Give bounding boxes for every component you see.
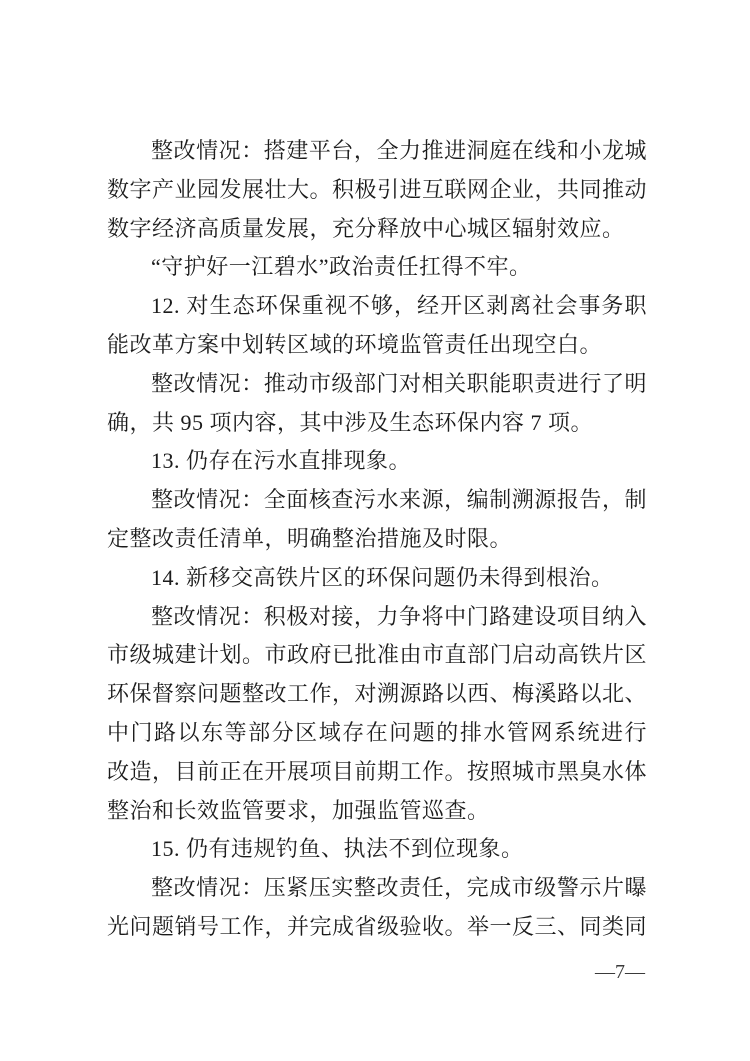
text-line: 光问题销号工作，并完成省级验收。举一反三、同类同 xyxy=(107,908,647,947)
text-line: 整改情况：全面核查污水来源，编制溯源报告，制 xyxy=(107,481,647,520)
paragraph-rectification-digital-economy: 整改情况：搭建平台，全力推进洞庭在线和小龙城 数字产业园发展壮大。积极引进互联网… xyxy=(107,132,647,248)
text-line: 改造，目前正在开展项目前期工作。按照城市黑臭水体 xyxy=(107,753,647,792)
text-line: 15. 仍有违规钓鱼、执法不到位现象。 xyxy=(107,830,647,869)
text-line: 整改情况：搭建平台，全力推进洞庭在线和小龙城 xyxy=(107,132,647,171)
text-line: 整改情况：推动市级部门对相关职能职责进行了明 xyxy=(107,365,647,404)
text-line: 整改情况：压紧压实整改责任，完成市级警示片曝 xyxy=(107,869,647,908)
text-line: 整改情况：积极对接，力争将中门路建设项目纳入 xyxy=(107,598,647,637)
text-line: 环保督察问题整改工作，对溯源路以西、梅溪路以北、 xyxy=(107,675,647,714)
text-line: 中门路以东等部分区域存在问题的排水管网系统进行 xyxy=(107,714,647,753)
paragraph-issue-15: 15. 仍有违规钓鱼、执法不到位现象。 xyxy=(107,830,647,869)
text-line: 确，共 95 项内容，其中涉及生态环保内容 7 项。 xyxy=(107,404,647,443)
text-line: 数字经济高质量发展，充分释放中心城区辐射效应。 xyxy=(107,210,647,249)
text-line: 定整改责任清单，明确整治措施及时限。 xyxy=(107,520,647,559)
paragraph-rectification-12: 整改情况：推动市级部门对相关职能职责进行了明 确，共 95 项内容，其中涉及生态… xyxy=(107,365,647,443)
text-line: 整治和长效监管要求，加强监管巡查。 xyxy=(107,792,647,831)
paragraph-rectification-14: 整改情况：积极对接，力争将中门路建设项目纳入 市级城建计划。市政府已批准由市直部… xyxy=(107,598,647,831)
paragraph-rectification-13: 整改情况：全面核查污水来源，编制溯源报告，制 定整改责任清单，明确整治措施及时限… xyxy=(107,481,647,559)
paragraph-heading-protect-river: “守护好一江碧水”政治责任扛得不牢。 xyxy=(107,248,647,287)
paragraph-rectification-15: 整改情况：压紧压实整改责任，完成市级警示片曝 光问题销号工作，并完成省级验收。举… xyxy=(107,869,647,947)
text-line: 数字产业园发展壮大。积极引进互联网企业，共同推动 xyxy=(107,171,647,210)
document-page: 整改情况：搭建平台，全力推进洞庭在线和小龙城 数字产业园发展壮大。积极引进互联网… xyxy=(0,0,750,1061)
text-line: 12. 对生态环保重视不够，经开区剥离社会事务职 xyxy=(107,287,647,326)
text-line: 市级城建计划。市政府已批准由市直部门启动高铁片区 xyxy=(107,636,647,675)
text-line: “守护好一江碧水”政治责任扛得不牢。 xyxy=(107,248,647,287)
page-number: —7— xyxy=(595,960,645,984)
document-body: 整改情况：搭建平台，全力推进洞庭在线和小龙城 数字产业园发展壮大。积极引进互联网… xyxy=(107,132,647,947)
text-line: 14. 新移交高铁片区的环保问题仍未得到根治。 xyxy=(107,559,647,598)
paragraph-issue-12: 12. 对生态环保重视不够，经开区剥离社会事务职 能改革方案中划转区域的环境监管… xyxy=(107,287,647,365)
text-line: 13. 仍存在污水直排现象。 xyxy=(107,442,647,481)
paragraph-issue-13: 13. 仍存在污水直排现象。 xyxy=(107,442,647,481)
paragraph-issue-14: 14. 新移交高铁片区的环保问题仍未得到根治。 xyxy=(107,559,647,598)
text-line: 能改革方案中划转区域的环境监管责任出现空白。 xyxy=(107,326,647,365)
